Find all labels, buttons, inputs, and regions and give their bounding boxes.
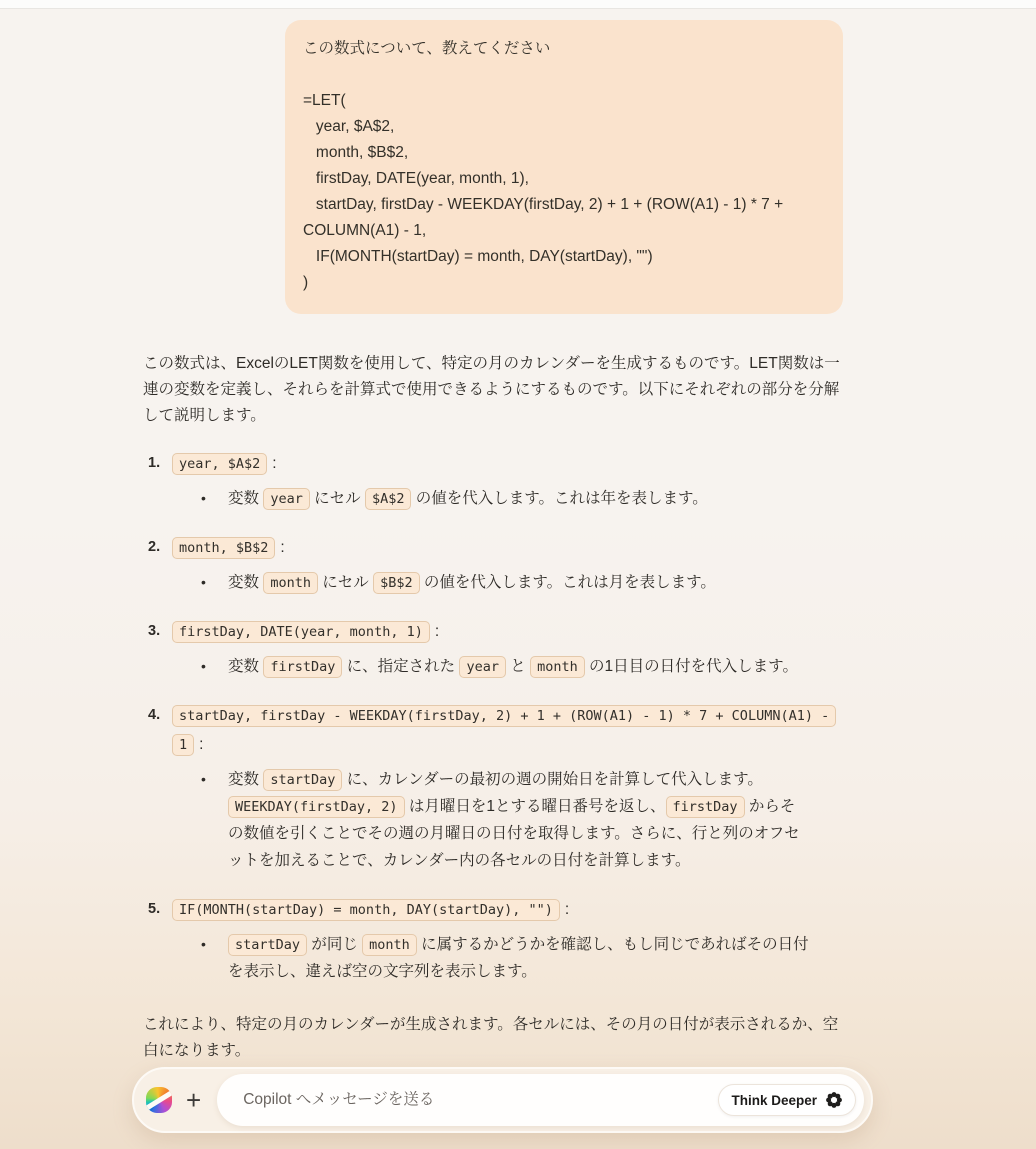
user-message-row: この数式について、教えてください =LET( year, $A$2, month… xyxy=(143,20,843,314)
item-number: 4. xyxy=(148,701,160,730)
item-number: 5. xyxy=(148,895,160,924)
inline-code: IF(MONTH(startDay) = month, DAY(startDay… xyxy=(172,899,560,921)
user-message-text: この数式について、教えてください xyxy=(303,36,825,62)
item-bullet: •startDay が同じ month に属するかどうかを確認し、もし同じであれ… xyxy=(172,931,843,985)
inline-code: startDay, firstDay - WEEKDAY(firstDay, 2… xyxy=(172,705,836,756)
item-number: 1. xyxy=(148,449,160,478)
composer-bar: + Think Deeper xyxy=(132,1067,873,1133)
item-bullet: •変数 firstDay に、指定された year と month の1日目の日… xyxy=(172,653,843,680)
user-message-bubble: この数式について、教えてください =LET( year, $A$2, month… xyxy=(285,20,843,314)
plus-icon: + xyxy=(186,1085,201,1115)
assistant-message: この数式は、ExcelのLET関数を使用して、特定の月のカレンダーを生成するもの… xyxy=(143,351,843,1110)
item-bullet: •変数 month にセル $B$2 の値を代入します。これは月を表します。 xyxy=(172,569,843,596)
inline-code: year xyxy=(459,656,506,678)
inline-code: $A$2 xyxy=(365,488,412,510)
inline-code: month xyxy=(530,656,585,678)
chat-thread: この数式について、教えてください =LET( year, $A$2, month… xyxy=(143,20,843,1130)
item-bullet: •変数 year にセル $A$2 の値を代入します。これは年を表します。 xyxy=(172,485,843,512)
inline-code: firstDay xyxy=(666,796,745,818)
assistant-closing-1: これにより、特定の月のカレンダーが生成されます。各セルには、その月の日付が表示さ… xyxy=(143,1012,843,1064)
inline-code: year, $A$2 xyxy=(172,453,267,475)
message-input[interactable] xyxy=(241,1090,718,1110)
explanation-item: 2.month, $B$2:•変数 month にセル $B$2 の値を代入しま… xyxy=(172,533,843,617)
inline-code: $B$2 xyxy=(373,572,420,594)
inline-code: firstDay, DATE(year, month, 1) xyxy=(172,621,430,643)
bullet-marker: • xyxy=(201,653,206,680)
inline-code: month, $B$2 xyxy=(172,537,275,559)
add-content-button[interactable]: + xyxy=(182,1087,205,1113)
inline-code: startDay xyxy=(228,934,307,956)
think-deeper-label: Think Deeper xyxy=(731,1093,817,1108)
user-message-formula: =LET( year, $A$2, month, $B$2, firstDay,… xyxy=(303,88,825,296)
explanation-item: 4.startDay, firstDay - WEEKDAY(firstDay,… xyxy=(172,701,843,895)
inline-code: month xyxy=(362,934,417,956)
copilot-logo-icon xyxy=(146,1087,172,1113)
item-colon: : xyxy=(565,901,569,918)
bullet-marker: • xyxy=(201,931,206,958)
inline-code: startDay xyxy=(263,769,342,791)
explanation-item: 3.firstDay, DATE(year, month, 1):•変数 fir… xyxy=(172,617,843,701)
bullet-marker: • xyxy=(201,766,206,793)
flower-gear-icon xyxy=(825,1091,843,1109)
top-edge-bar xyxy=(0,0,1036,9)
bullet-marker: • xyxy=(201,485,206,512)
inline-code: firstDay xyxy=(263,656,342,678)
item-colon: : xyxy=(435,623,439,640)
explanation-list: 1.year, $A$2:•変数 year にセル $A$2 の値を代入します。… xyxy=(143,449,843,1006)
inline-code: month xyxy=(263,572,318,594)
think-deeper-button[interactable]: Think Deeper xyxy=(718,1084,856,1116)
copilot-chat-page: この数式について、教えてください =LET( year, $A$2, month… xyxy=(0,0,1036,1149)
item-number: 3. xyxy=(148,617,160,646)
item-colon: : xyxy=(280,539,284,556)
item-colon: : xyxy=(199,736,203,753)
item-number: 2. xyxy=(148,533,160,562)
item-colon: : xyxy=(272,455,276,472)
explanation-item: 5.IF(MONTH(startDay) = month, DAY(startD… xyxy=(172,895,843,1006)
explanation-item: 1.year, $A$2:•変数 year にセル $A$2 の値を代入します。… xyxy=(172,449,843,533)
item-bullet: •変数 startDay に、カレンダーの最初の週の開始日を計算して代入します。… xyxy=(172,766,843,874)
message-input-container: Think Deeper xyxy=(217,1074,864,1126)
assistant-intro: この数式は、ExcelのLET関数を使用して、特定の月のカレンダーを生成するもの… xyxy=(143,351,843,429)
inline-code: WEEKDAY(firstDay, 2) xyxy=(228,796,405,818)
inline-code: year xyxy=(263,488,310,510)
bullet-marker: • xyxy=(201,569,206,596)
